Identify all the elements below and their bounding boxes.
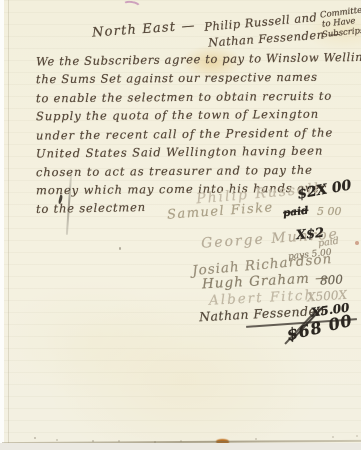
paper-left-edge	[8, 0, 9, 443]
body-line-3: to enable the selectmen to obtain recrui…	[36, 89, 332, 106]
signature-amount-samuel: 5 00	[317, 205, 342, 218]
paper-speck	[119, 247, 121, 250]
signature-amount-hugh: 800	[320, 272, 344, 287]
scan-bottom-margin	[0, 443, 361, 450]
scan-left-margin	[0, 0, 4, 450]
body-line-4: Supply the quota of the town of Lexingto…	[36, 107, 319, 123]
bottom-edge-specks	[34, 437, 36, 439]
body-line-2: the Sums Set against our respective name…	[36, 70, 318, 86]
document-scan: North East — Philip Russell and Committe…	[0, 0, 361, 450]
body-line-9: to the selectmen	[36, 200, 146, 216]
body-line-6: United States Said Wellington having bee…	[36, 143, 323, 160]
body-line-7: chosen to act as treasurer and to pay th…	[36, 163, 313, 179]
small-stain	[355, 241, 359, 245]
